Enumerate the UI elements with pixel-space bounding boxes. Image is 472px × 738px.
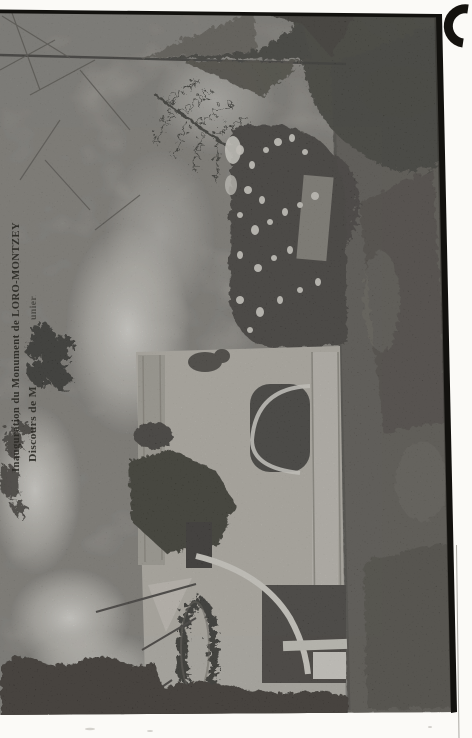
corner-ink-mark bbox=[448, 9, 468, 43]
photo-area: Inauguration du Monument de LORO-MONTZEY… bbox=[0, 0, 472, 738]
caption-line1: Inauguration du Monument de LORO-MONTZEY bbox=[11, 222, 22, 472]
scanned-postcard-page: Inauguration du Monument de LORO-MONTZEY… bbox=[0, 0, 472, 738]
grain-light bbox=[0, 0, 472, 738]
postcard-photo: Inauguration du Monument de LORO-MONTZEY… bbox=[0, 0, 472, 738]
margin-specks bbox=[85, 726, 432, 732]
caption-line2-fragment: unier bbox=[29, 295, 39, 320]
caption-line2: Discours de M bbox=[28, 386, 39, 462]
